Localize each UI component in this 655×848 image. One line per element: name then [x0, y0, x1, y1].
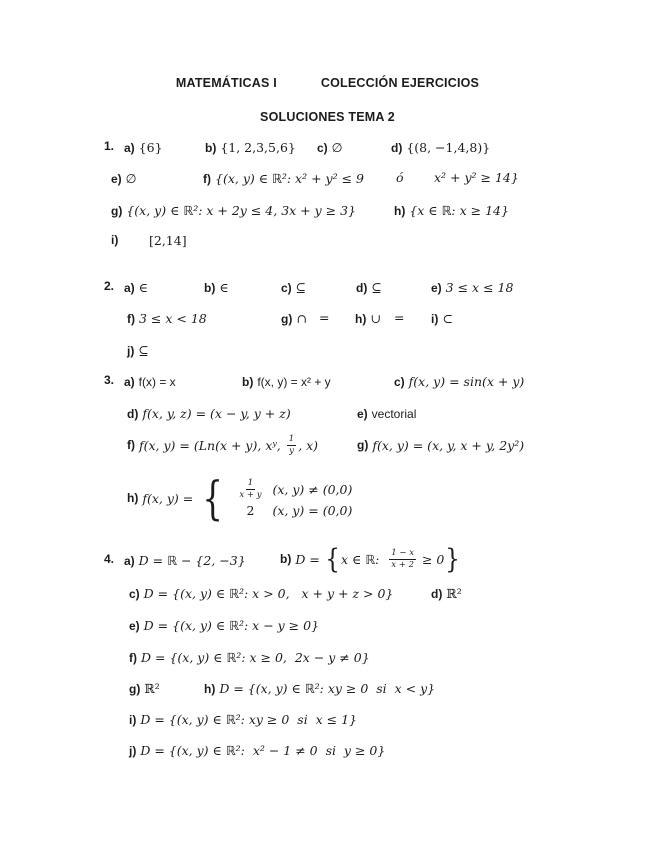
- right-brace: }: [446, 546, 461, 573]
- math-value: ∪: [370, 311, 380, 326]
- ex1-item-c: c)∅: [317, 139, 343, 157]
- ex4-row2: c)D = {(x, y) ∈ ℝ²: x > 0, x + y + z > 0…: [0, 585, 655, 603]
- item-label: b): [242, 375, 253, 389]
- item-label: j): [129, 744, 136, 758]
- math-value: ⊆: [371, 280, 381, 295]
- item-label: h): [127, 491, 138, 505]
- math-value: D =: [295, 552, 323, 567]
- math-value: D = {(x, y) ∈ ℝ²: x ≥ 0, 2x − y ≠ 0}: [141, 650, 370, 665]
- ex1-row3: g){(x, y) ∈ ℝ²: x + 2y ≤ 4, 3x + y ≥ 3} …: [0, 202, 655, 220]
- item-label: f): [129, 651, 137, 665]
- title-collection: COLECCIÓN EJERCICIOS: [321, 76, 479, 94]
- ex4-item-a: a)D = ℝ − {2, −3}: [124, 552, 246, 570]
- math-value: f(x, y) = (Ln(x + y), xʸ,: [139, 438, 285, 453]
- ex2-item-i: i)⊂: [431, 310, 453, 328]
- ex2-number: 2.: [104, 279, 114, 293]
- math-value: ℝ²: [144, 681, 159, 696]
- math-value: ≥ 0: [418, 552, 444, 567]
- item-label: f): [127, 438, 135, 452]
- fraction-denominator: y: [288, 446, 295, 457]
- ex2-item-g: g)∩: [281, 310, 307, 328]
- case-condition: (x, y) = (0,0): [272, 503, 352, 518]
- math-value: {6}: [139, 140, 163, 155]
- ex3-item-a: a)f(x) = x: [124, 373, 176, 391]
- ex1-item-f-or: ó: [396, 170, 404, 185]
- case-value: 2: [246, 503, 254, 518]
- item-label: c): [394, 375, 405, 389]
- ex3-item-c: c)f(x, y) = sin(x + y): [394, 373, 524, 391]
- fraction-numerator: 1: [287, 434, 296, 446]
- ex4-item-e: e)D = {(x, y) ∈ ℝ²: x − y ≥ 0}: [129, 617, 319, 635]
- math-value: , x): [298, 438, 318, 453]
- ex3-row2: d)f(x, y, z) = (x − y, y + z) e)vectoria…: [0, 405, 655, 423]
- math-value: {(x, y) ∈ ℝ²: x + 2y ≤ 4, 3x + y ≥ 3}: [126, 203, 356, 218]
- math-value: 3 ≤ x ≤ 18: [446, 280, 514, 295]
- item-label: d): [356, 281, 367, 295]
- ex3-row4: h)f(x, y) = {1x + y(x, y) ≠ (0,0)2(x, y)…: [0, 474, 655, 522]
- ex1-item-i-value: [2,14]: [149, 233, 187, 248]
- item-label: d): [431, 587, 442, 601]
- ex2-item-e: e)3 ≤ x ≤ 18: [431, 279, 513, 297]
- ex3-item-d: d)f(x, y, z) = (x − y, y + z): [127, 405, 291, 423]
- item-label: f): [127, 312, 135, 326]
- ex4-row1: 4. a)D = ℝ − {2, −3} b)D = {x ∈ ℝ: 1 − x…: [0, 544, 655, 574]
- ex4-row6: i)D = {(x, y) ∈ ℝ²: xy ≥ 0 si x ≤ 1}: [0, 711, 655, 729]
- item-label: i): [431, 312, 438, 326]
- item-label: a): [124, 375, 135, 389]
- math-value: f(x, y, z) = (x − y, y + z): [142, 406, 290, 421]
- ex3-item-g: g)f(x, y) = (x, y, x + y, 2y²): [357, 434, 524, 456]
- ex4-item-d: d)ℝ²: [431, 585, 462, 603]
- ex2-row1: 2. a)∈ b)∈ c)⊆ d)⊆ e)3 ≤ x ≤ 18: [0, 279, 655, 297]
- math-value: ∅: [126, 171, 137, 186]
- ex4-item-j: j)D = {(x, y) ∈ ℝ²: x² − 1 ≠ 0 si y ≥ 0}: [129, 742, 385, 760]
- ex1-row4: i) [2,14]: [0, 233, 655, 251]
- item-label: b): [205, 141, 216, 155]
- math-value: vectorial: [372, 407, 417, 421]
- ex2-item-b: b)∈: [204, 279, 229, 297]
- document-title: MATEMÁTICAS I COLECCIÓN EJERCICIOS: [0, 76, 655, 94]
- math-value: 3 ≤ x < 18: [139, 311, 207, 326]
- ex4-row3: e)D = {(x, y) ∈ ℝ²: x − y ≥ 0}: [0, 617, 655, 635]
- item-label: a): [124, 281, 135, 295]
- math-value: ∩: [296, 311, 306, 326]
- math-value: {(8, −1,4,8)}: [406, 140, 490, 155]
- ex2-item-h-eq: =: [394, 310, 404, 325]
- ex4-item-g: g)ℝ²: [129, 680, 160, 698]
- ex1-item-d: d){(8, −1,4,8)}: [391, 139, 490, 157]
- ex4-item-h: h)D = {(x, y) ∈ ℝ²: xy ≥ 0 si x < y}: [204, 680, 435, 698]
- ex2-item-j: j)⊆: [127, 342, 149, 360]
- ex1-item-f: f){(x, y) ∈ ℝ²: x² + y² ≤ 9: [203, 170, 364, 188]
- subtitle-text: SOLUCIONES TEMA 2: [260, 110, 395, 128]
- ex4-item-f: f)D = {(x, y) ∈ ℝ²: x ≥ 0, 2x − y ≠ 0}: [129, 649, 370, 667]
- math-value: {1, 2,3,5,6}: [220, 140, 296, 155]
- item-label: h): [204, 682, 215, 696]
- item-label: d): [127, 407, 138, 421]
- math-value: f(x) = x: [139, 375, 176, 389]
- piecewise-cases: 1x + y(x, y) ≠ (0,0)2(x, y) = (0,0): [228, 478, 352, 518]
- ex4-row7: j)D = {(x, y) ∈ ℝ²: x² − 1 ≠ 0 si y ≥ 0}: [0, 742, 655, 760]
- item-label: g): [129, 682, 140, 696]
- item-label: a): [124, 554, 135, 568]
- fraction-numerator: 1: [246, 478, 255, 490]
- ex3-row1: 3. a)f(x) = x b)f(x, y) = x² + y c)f(x, …: [0, 373, 655, 391]
- item-label: h): [394, 204, 405, 218]
- ex2-item-g-eq: =: [319, 310, 329, 325]
- ex1-item-i-label: i): [111, 233, 118, 247]
- ex2-item-d: d)⊆: [356, 279, 382, 297]
- document-page: MATEMÁTICAS I COLECCIÓN EJERCICIOS SOLUC…: [0, 0, 655, 848]
- left-brace: {: [203, 475, 223, 521]
- left-brace: {: [325, 546, 340, 573]
- math-value: ⊆: [138, 343, 148, 358]
- math-value: f(x, y) =: [142, 491, 197, 506]
- math-value: ⊂: [442, 311, 452, 326]
- ex1-item-f-alt: x² + y² ≥ 14}: [434, 170, 519, 185]
- math-value: D = {(x, y) ∈ ℝ²: xy ≥ 0 si x ≤ 1}: [140, 712, 357, 727]
- ex2-item-a: a)∈: [124, 279, 148, 297]
- math-value: ∅: [332, 140, 343, 155]
- math-value: f(x, y) = x² + y: [257, 375, 330, 389]
- math-value: f(x, y) = sin(x + y): [409, 374, 525, 389]
- fraction: 1x + y: [238, 478, 262, 500]
- math-value: {(x, y) ∈ ℝ²: x² + y² ≤ 9: [215, 171, 364, 186]
- ex2-row3: j)⊆: [0, 342, 655, 360]
- math-value: D = {(x, y) ∈ ℝ²: xy ≥ 0 si x < y}: [219, 681, 435, 696]
- math-value: ℝ²: [446, 586, 461, 601]
- math-value: D = {(x, y) ∈ ℝ²: x − y ≥ 0}: [144, 618, 319, 633]
- math-value: f(x, y) = (x, y, x + y, 2y²): [372, 438, 524, 453]
- item-label: g): [111, 204, 122, 218]
- fraction: 1y: [287, 434, 296, 456]
- ex1-item-b: b){1, 2,3,5,6}: [205, 139, 296, 157]
- title-course: MATEMÁTICAS I: [176, 76, 277, 94]
- ex4-item-i: i)D = {(x, y) ∈ ℝ²: xy ≥ 0 si x ≤ 1}: [129, 711, 357, 729]
- ex1-item-g: g){(x, y) ∈ ℝ²: x + 2y ≤ 4, 3x + y ≥ 3}: [111, 202, 356, 220]
- item-label: f): [203, 172, 211, 186]
- item-label: e): [129, 619, 140, 633]
- item-label: e): [357, 407, 368, 421]
- math-value: ⊆: [296, 280, 306, 295]
- case-condition: (x, y) ≠ (0,0): [272, 482, 352, 497]
- ex2-item-f: f)3 ≤ x < 18: [127, 310, 207, 328]
- ex1-item-h: h){x ∈ ℝ: x ≥ 14}: [394, 202, 509, 220]
- ex3-item-f: f)f(x, y) = (Ln(x + y), xʸ, 1y, x): [127, 434, 318, 456]
- ex3-row3: f)f(x, y) = (Ln(x + y), xʸ, 1y, x) g)f(x…: [0, 434, 655, 456]
- ex1-row2: e)∅ f){(x, y) ∈ ℝ²: x² + y² ≤ 9 ó x² + y…: [0, 170, 655, 188]
- math-value: D = {(x, y) ∈ ℝ²: x² − 1 ≠ 0 si y ≥ 0}: [140, 743, 385, 758]
- ex1-item-a: a){6}: [124, 139, 163, 157]
- math-value: ∈: [139, 280, 148, 295]
- math-value: x ∈ ℝ:: [341, 552, 387, 567]
- ex3-item-b: b)f(x, y) = x² + y: [242, 373, 331, 391]
- item-label: d): [391, 141, 402, 155]
- item-label: e): [111, 172, 122, 186]
- item-label: c): [281, 281, 292, 295]
- math-value: {x ∈ ℝ: x ≥ 14}: [409, 203, 509, 218]
- ex1-row1: 1. a){6} b){1, 2,3,5,6} c)∅ d){(8, −1,4,…: [0, 139, 655, 157]
- ex1-number: 1.: [104, 139, 114, 153]
- item-label: c): [129, 587, 140, 601]
- ex1-item-e: e)∅: [111, 170, 137, 188]
- ex4-number: 4.: [104, 552, 114, 566]
- ex2-row2: f)3 ≤ x < 18 g)∩ = h)∪ = i)⊂: [0, 310, 655, 328]
- item-label: g): [357, 438, 368, 452]
- ex4-row4: f)D = {(x, y) ∈ ℝ²: x ≥ 0, 2x − y ≠ 0}: [0, 649, 655, 667]
- item-label: j): [127, 344, 134, 358]
- item-label: b): [280, 552, 291, 566]
- ex4-item-b: b)D = {x ∈ ℝ: 1 − xx + 2 ≥ 0}: [280, 544, 462, 574]
- item-label: c): [317, 141, 328, 155]
- item-label: i): [129, 713, 136, 727]
- item-label: a): [124, 141, 135, 155]
- ex3-number: 3.: [104, 373, 114, 387]
- ex3-item-e: e)vectorial: [357, 405, 416, 423]
- ex2-item-c: c)⊆: [281, 279, 306, 297]
- fraction-denominator: x + y: [238, 490, 262, 501]
- math-value: ∈: [219, 280, 228, 295]
- item-label: g): [281, 312, 292, 326]
- ex4-item-c: c)D = {(x, y) ∈ ℝ²: x > 0, x + y + z > 0…: [129, 585, 393, 603]
- fraction-denominator: x + 2: [390, 560, 415, 571]
- ex4-row5: g)ℝ² h)D = {(x, y) ∈ ℝ²: xy ≥ 0 si x < y…: [0, 680, 655, 698]
- math-value: D = {(x, y) ∈ ℝ²: x > 0, x + y + z > 0}: [144, 586, 394, 601]
- ex3-item-h: h)f(x, y) = {1x + y(x, y) ≠ (0,0)2(x, y)…: [127, 474, 352, 522]
- item-label: e): [431, 281, 442, 295]
- item-label: b): [204, 281, 215, 295]
- fraction: 1 − xx + 2: [389, 548, 416, 570]
- math-value: D = ℝ − {2, −3}: [139, 553, 246, 568]
- document-subtitle: SOLUCIONES TEMA 2: [0, 110, 655, 128]
- fraction-numerator: 1 − x: [389, 548, 416, 560]
- ex2-item-h: h)∪: [355, 310, 381, 328]
- item-label: h): [355, 312, 366, 326]
